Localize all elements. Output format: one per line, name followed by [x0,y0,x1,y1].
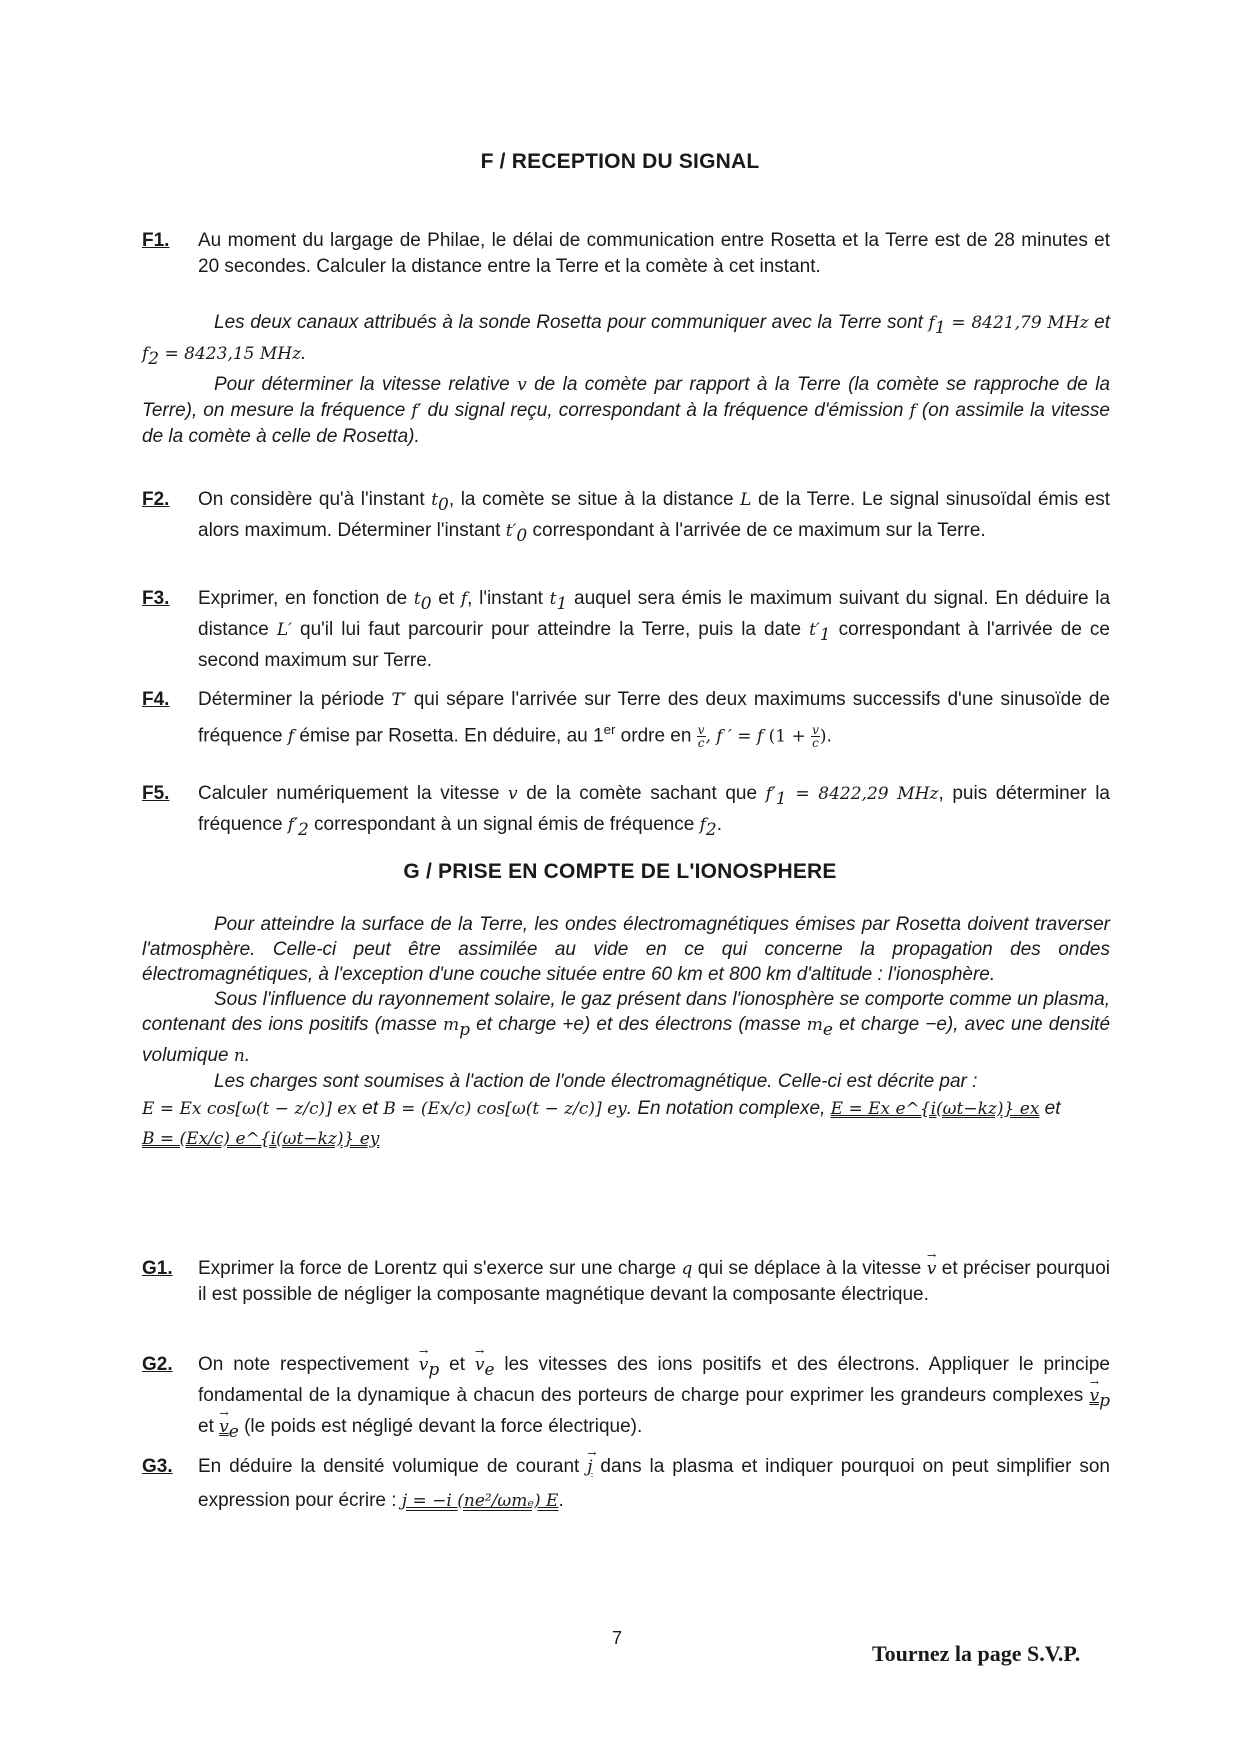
question-g3: G3. En déduire la densité volumique de c… [142,1450,1110,1518]
section-f-title: F / RECEPTION DU SIGNAL [0,150,1240,174]
equation-current-density: j = −i (ne²/ωmₑ) E [402,1491,559,1511]
question-f5: F5. Calculer numériquement la vitesse v … [142,781,1110,843]
question-f4: F4. Déterminer la période T′ qui sépare … [142,685,1110,751]
question-text: Calculer numériquement la vitesse v de l… [198,781,1110,843]
question-text: En déduire la densité volumique de coura… [198,1450,1110,1518]
question-text: Exprimer, en fonction de t0 et f, l'inst… [198,586,1110,674]
question-text: Déterminer la période T′ qui sépare l'ar… [198,685,1110,751]
question-g1: G1. Exprimer la force de Lorentz qui s'e… [142,1256,1110,1308]
question-number: F3. [142,586,169,612]
document-page: F / RECEPTION DU SIGNAL F1. Au moment du… [0,0,1240,1754]
equation-e-field: E = Ex cos[ω(t − z/c)] ex [142,1099,357,1119]
question-text: On considère qu'à l'instant t0, la comèt… [198,487,1110,549]
question-number: G2. [142,1352,173,1378]
question-g2: G2. On note respectivement vp et ve les … [142,1352,1110,1444]
intro-ionosphere: Pour atteindre la surface de la Terre, l… [142,912,1110,1154]
equation-b-complex: B = (Ex/c) e^{i(ωt−kz)} ey [142,1129,379,1149]
question-text: Au moment du largage de Philae, le délai… [198,228,1110,280]
section-g-title: G / PRISE EN COMPTE DE L'IONOSPHERE [0,860,1240,884]
question-text: Exprimer la force de Lorentz qui s'exerc… [198,1256,1110,1308]
question-number: G1. [142,1256,173,1282]
question-f1: F1. Au moment du largage de Philae, le d… [142,228,1110,280]
question-number: G3. [142,1450,173,1484]
question-f3: F3. Exprimer, en fonction de t0 et f, l'… [142,586,1110,674]
turn-page-note: Tournez la page S.V.P. [872,1641,1080,1667]
page-number: 7 [612,1628,622,1649]
question-number: F5. [142,781,169,807]
intro-channels: Les deux canaux attribués à la sonde Ros… [142,310,1110,449]
question-text: On note respectivement vp et ve les vite… [198,1352,1110,1444]
question-number: F1. [142,228,169,254]
equation-e-complex: E = Ex e^{i(ωt−kz)} ex [831,1099,1040,1119]
equation-b-field: B = (Ex/c) cos[ω(t − z/c)] ey [383,1099,627,1119]
question-number: F2. [142,487,169,513]
question-number: F4. [142,685,169,715]
question-f2: F2. On considère qu'à l'instant t0, la c… [142,487,1110,549]
